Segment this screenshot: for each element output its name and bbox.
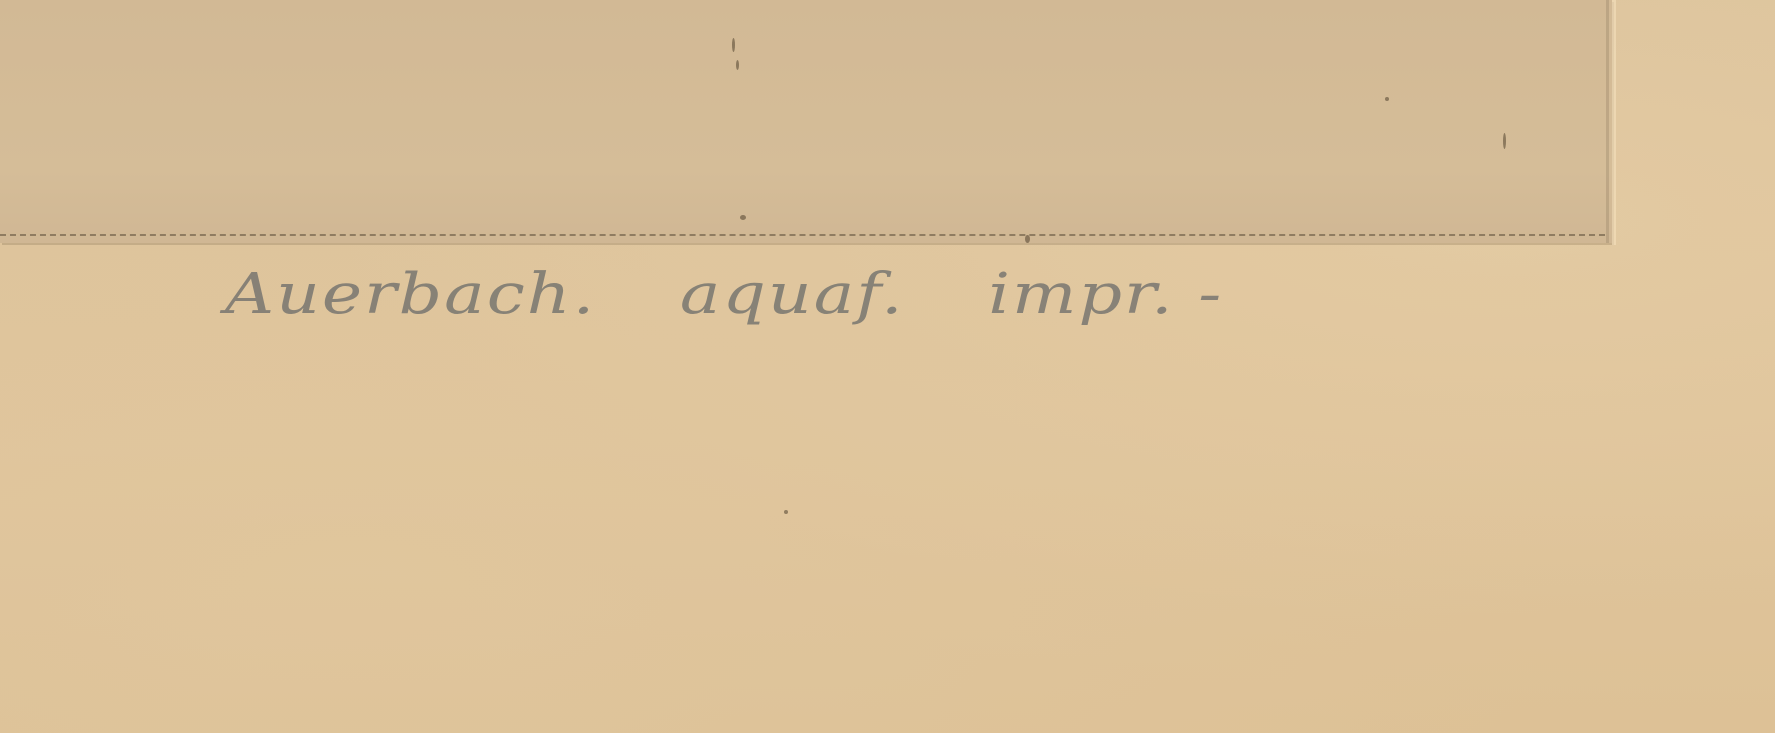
ink-speck xyxy=(736,60,739,70)
inscription-word: impr. - xyxy=(988,262,1223,327)
plate-mark-bottom-edge xyxy=(0,234,1605,236)
inscription-word: Auerbach. xyxy=(225,262,596,327)
ink-speck xyxy=(1385,97,1389,101)
plate-impression-area xyxy=(0,0,1612,243)
plate-edge-highlight xyxy=(1612,0,1616,245)
ink-speck xyxy=(732,38,735,52)
ink-speck xyxy=(740,215,746,220)
plate-mark-right-edge xyxy=(1606,0,1609,243)
ink-speck xyxy=(784,510,788,514)
ink-speck xyxy=(1503,133,1506,149)
paper-sheet: Auerbach. aquaf. impr. - xyxy=(0,0,1775,733)
pencil-inscription: Auerbach. aquaf. impr. - xyxy=(225,262,1283,327)
ink-speck xyxy=(1025,235,1030,243)
inscription-word: aquaf. xyxy=(680,262,905,327)
